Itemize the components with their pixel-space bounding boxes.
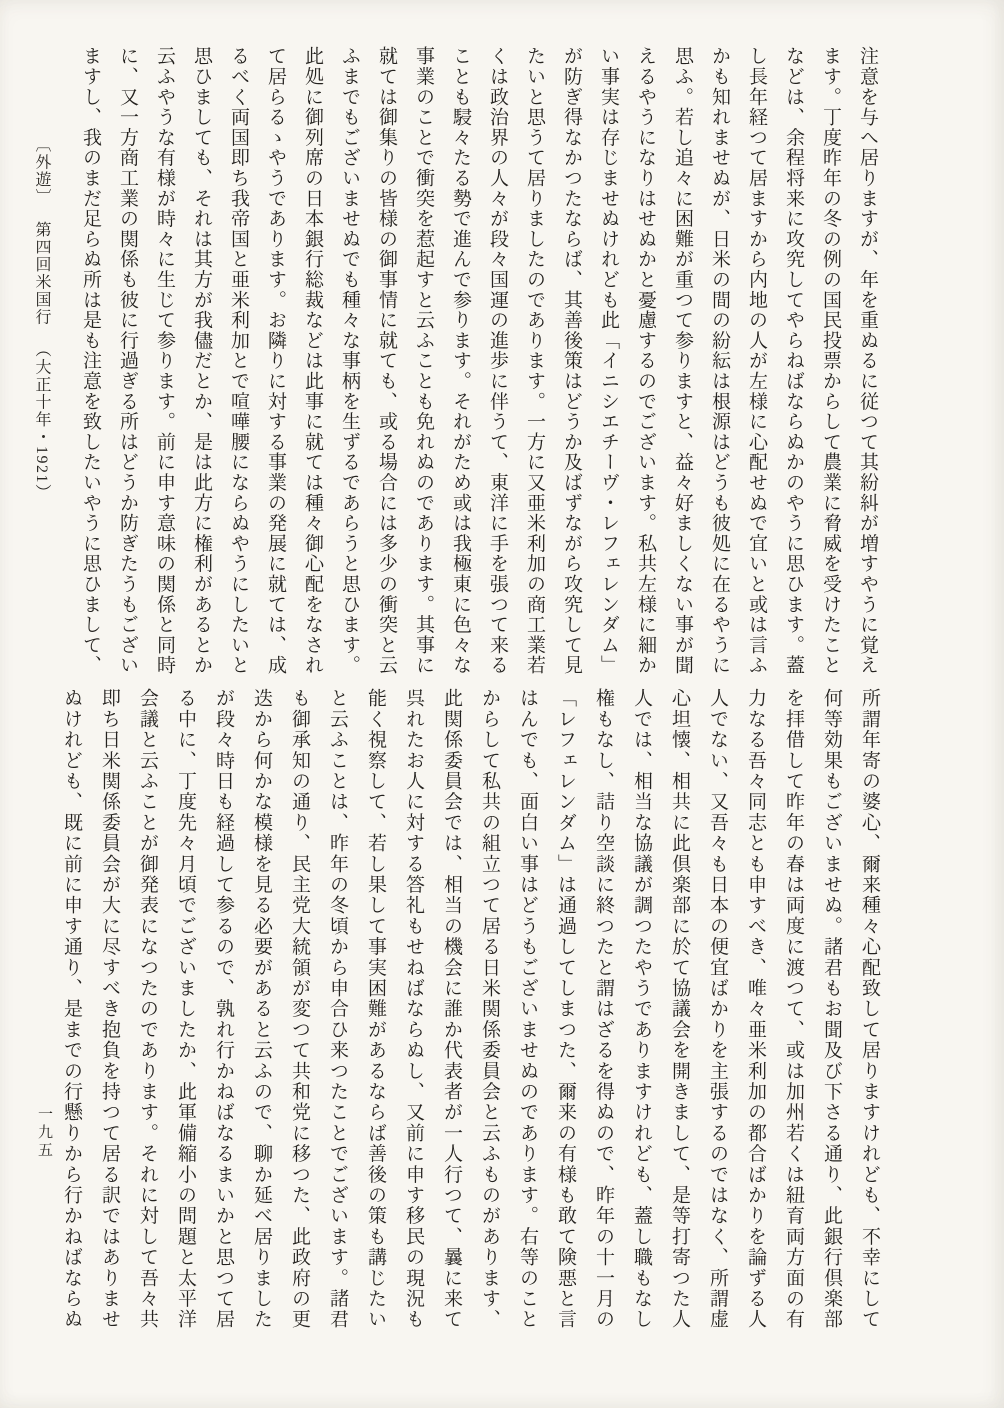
text-column: に、又一方商工業の関係も彼に行過ぎる所はどうか防ぎたうもござい [109, 46, 146, 680]
text-column: 会議と云ふことが御発表になつたのであります。それに対して吾々共 [128, 688, 166, 1332]
text-column: る中に、丁度先々月頃でございましたか、此軍備縮小の問題と太平洋 [166, 688, 204, 1332]
text-column: 何等効果もございませぬ。諸君もお聞及び下さる通り、此銀行倶楽部 [812, 688, 850, 1332]
text-column: ぬけれども、既に前に申す通り、是までの行懸りから行かねばならぬ [52, 688, 90, 1332]
text-column: と云ふことは、昨年の冬頃から申合ひ来つたことでございます。諸君 [318, 688, 356, 1332]
running-title: 〔外遊〕第四回米国行（大正十年・1921） [30, 136, 53, 502]
text-column: 能く視察して、若し果して事実困難があるならば善後の策も講じたい [356, 688, 394, 1332]
text-column: ます。丁度昨年の冬の例の国民投票からして農業に脅威を受けたこと [812, 46, 849, 680]
text-block-upper: 注意を与へ居りますが、年を重ぬるに従つて其紛糾が増すやうに覚えます。丁度昨年の冬… [72, 46, 886, 680]
text-column: 所謂年寄の婆心、爾来種々心配致して居りますけれども、不幸にして [850, 688, 888, 1332]
text-column: 云ふやうな有様が時々に生じて参ります。前に申す意味の関係と同時 [146, 46, 183, 680]
text-column: し長年経つて居ますから内地の人が左様に心配せぬで宜いと或は言ふ [738, 46, 775, 680]
text-column: 注意を与へ居りますが、年を重ぬるに従つて其紛糾が増すやうに覚え [849, 46, 886, 680]
text-column: はんでも、面白い事はどうもございませぬのであります。右等のこと [508, 688, 546, 1332]
text-column: たいと思うて居りましたのであります。一方に又亜米利加の商工業若 [516, 46, 553, 680]
text-column: 此関係委員会では、相当の機会に誰か代表者が一人行つて、曩に来て [432, 688, 470, 1332]
text-column: 迭から何かな模様を見る必要があると云ふので、聊か延べ居りました [242, 688, 280, 1332]
text-column: を拝借して昨年の春は両度に渡つて、或は加州若くは紐育両方面の有 [774, 688, 812, 1332]
running-title-chapter: 第四回米国行 [33, 221, 50, 326]
text-column: 事業のことで衝突を惹起すと云ふことも免れぬのであります。其事に [405, 46, 442, 680]
text-column: 権もなし、詰り空談に終つたと謂はざるを得ぬので、昨年の十一月の [584, 688, 622, 1332]
text-column: ますし、我のまだ足らぬ所は是も注意を致したいやうに思ひまして、 [72, 46, 109, 680]
book-page: 注意を与へ居りますが、年を重ぬるに従つて其紛糾が増すやうに覚えます。丁度昨年の冬… [0, 0, 1004, 1408]
text-column: が防ぎ得なかつたならば、其善後策はどうか及ばずながら攻究して見 [553, 46, 590, 680]
text-column: からして私共の組立つて居る日米関係委員会と云ふものがあります、 [470, 688, 508, 1332]
text-column: えるやうになりはせぬかと憂慮するのでございます。私共左様に細か [627, 46, 664, 680]
text-column: も御承知の通り、民主党大統領が変つて共和党に移つた、此政府の更 [280, 688, 318, 1332]
text-column: るべく両国即ち我帝国と亜米利加とで喧嘩腰にならぬやうにしたいと [220, 46, 257, 680]
page-number: 一九五 [34, 1106, 55, 1160]
text-column: 此処に御列席の日本銀行総裁などは此事に就ては種々御心配をなされ [294, 46, 331, 680]
text-column: 即ち日米関係委員会が大に尽すべき抱負を持つて居る訳ではありませ [90, 688, 128, 1332]
text-column: 人でない、又吾々も日本の便宜ばかりを主張するのではなく、所謂虚 [698, 688, 736, 1332]
text-column: が段々時日も経過して参るので、孰れ行かねばなるまいかと思つて居 [204, 688, 242, 1332]
text-column: かも知れませぬが、日米の間の紛紜は根源はどうも彼処に在るやうに [701, 46, 738, 680]
running-title-section: 〔外遊〕 [33, 136, 50, 206]
text-column: 「レフェレンダム」は通過してしまつた、爾来の有様も敢て険悪と言 [546, 688, 584, 1332]
text-column: 思ひましても、それは其方が我儘だとか、是は此方に権利があるとか [183, 46, 220, 680]
running-title-date: （大正十年・1921） [33, 341, 50, 502]
text-column: 就ては御集りの皆様の御事情に就ても、或る場合には多少の衝突と云 [368, 46, 405, 680]
text-column: 思ふ。若し追々に困難が重つて参りますと、益々好ましくない事が聞 [664, 46, 701, 680]
text-column: ことも駸々たる勢で進んで参ります。それがため或は我極東に色々な [442, 46, 479, 680]
text-column: などは、余程将来に攻究してやらねばならぬかのやうに思ひます。蓋 [775, 46, 812, 680]
text-block-lower: 所謂年寄の婆心、爾来種々心配致して居りますけれども、不幸にして何等効果もございま… [52, 688, 888, 1332]
text-column: 人では、相当な協議が調つたやうでありますけれども、蓋し職もなし [622, 688, 660, 1332]
text-column: ふまでもございませぬでも種々な事柄を生ずるであらうと思ひます。 [331, 46, 368, 680]
text-column: 心坦懐、相共に此倶楽部に於て協議会を開きまして、是等打寄つた人 [660, 688, 698, 1332]
text-column: 呉れたお人に対する答礼もせねばならぬし、又前に申す移民の現況も [394, 688, 432, 1332]
text-column: くは政治界の人々が段々国運の進歩に伴うて、東洋に手を張つて来る [479, 46, 516, 680]
text-column: い事実は存じませぬけれども此「イニシエチーヴ・レフェレンダム」 [590, 46, 627, 680]
text-column: て居らるゝやうであります。お隣りに対する事業の発展に就ては、成 [257, 46, 294, 680]
text-column: 力なる吾々同志とも申すべき、唯々亜米利加の都合ばかりを論ずる人 [736, 688, 774, 1332]
